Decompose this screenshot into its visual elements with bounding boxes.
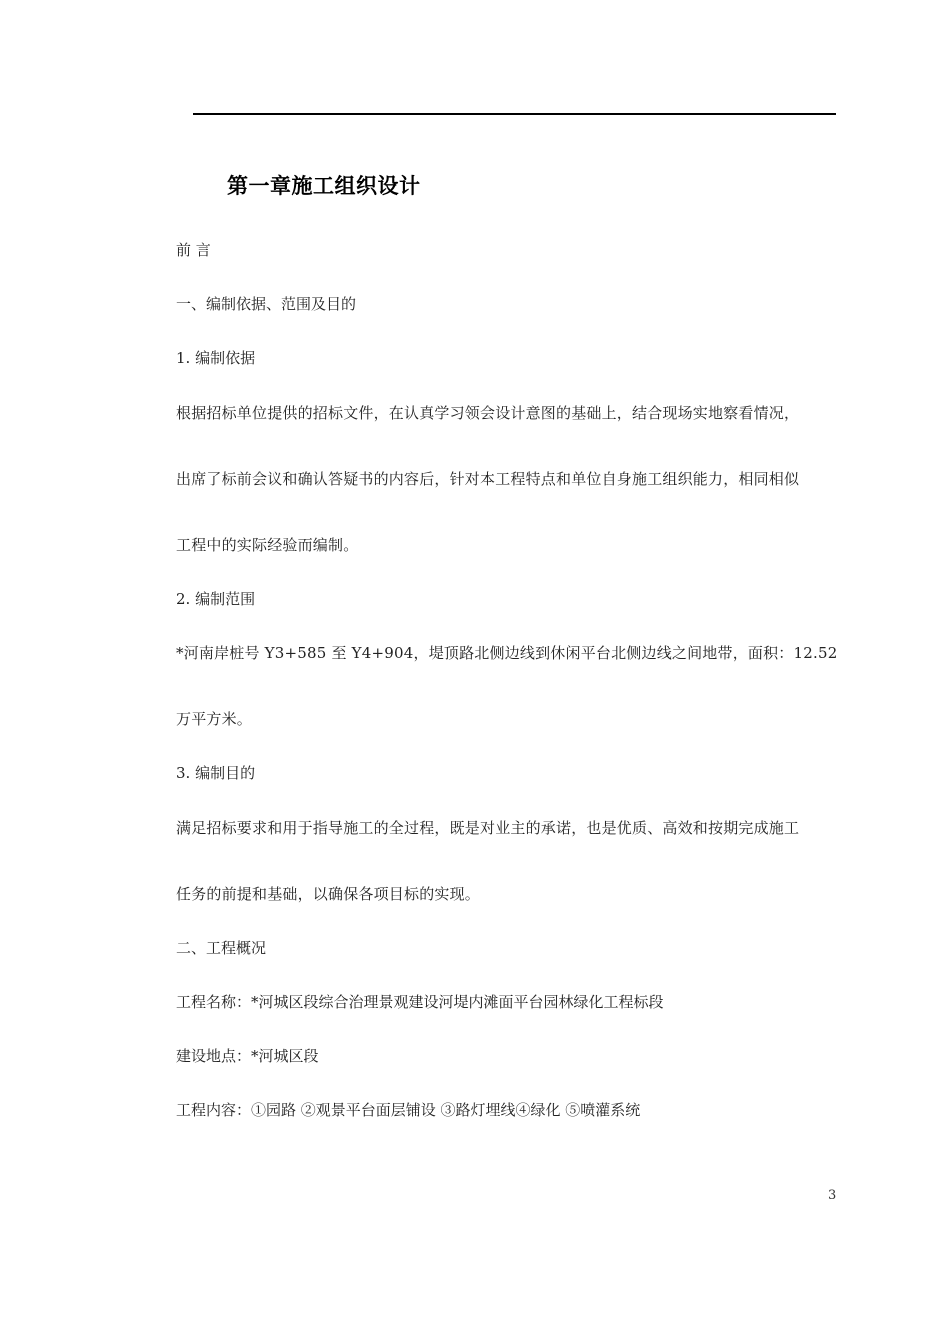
section-1-3-heading: 3. 编制目的: [176, 763, 255, 783]
section-1-1-heading: 1. 编制依据: [176, 348, 255, 368]
paragraph-line: 根据招标单位提供的招标文件，在认真学习领会设计意图的基础上，结合现场实地察看情况…: [176, 403, 799, 423]
header-rule: [193, 113, 836, 115]
section-1-2-heading: 2. 编制范围: [176, 589, 255, 609]
paragraph-line: 满足招标要求和用于指导施工的全过程，既是对业主的承诺，也是优质、高效和按期完成施…: [176, 818, 799, 838]
paragraph-line: 任务的前提和基础，以确保各项目标的实现。: [176, 884, 480, 904]
section-1-heading: 一、编制依据、范围及目的: [176, 294, 356, 314]
project-name-line: 工程名称：*河城区段综合治理景观建设河堤内滩面平台园林绿化工程标段: [176, 992, 664, 1012]
chapter-title: 第一章施工组织设计: [227, 170, 421, 200]
paragraph-line: 万平方米。: [176, 709, 252, 729]
page-number: 3: [828, 1188, 836, 1203]
project-content-line: 工程内容：①园路 ②观景平台面层铺设 ③路灯埋线④绿化 ⑤喷灌系统: [176, 1100, 640, 1120]
preface-heading: 前 言: [176, 240, 211, 260]
section-2-heading: 二、工程概况: [176, 938, 266, 958]
paragraph-line: 工程中的实际经验而编制。: [176, 535, 358, 555]
project-location-line: 建设地点：*河城区段: [176, 1046, 319, 1066]
paragraph-line: 出席了标前会议和确认答疑书的内容后，针对本工程特点和单位自身施工组织能力，相同相…: [176, 469, 799, 489]
paragraph-line: *河南岸桩号 Y3+585 至 Y4+904，堤顶路北侧边线到休闲平台北侧边线之…: [176, 643, 837, 663]
